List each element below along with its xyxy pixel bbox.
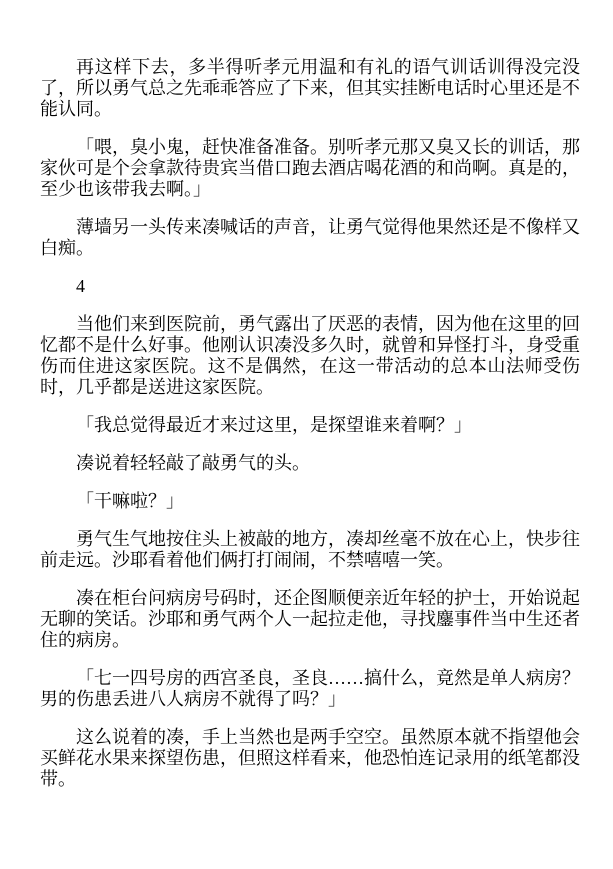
dialogue-paragraph: 「喂，臭小鬼，赶快准备准备。别听孝元那又臭又长的训话，那家伙可是个会拿款待贵宾当…: [40, 137, 580, 200]
paragraph: 当他们来到医院前，勇气露出了厌恶的表情，因为他在这里的回忆都不是什么好事。他刚认…: [40, 314, 580, 398]
paragraph: 再这样下去，多半得听孝元用温和有礼的语气训话训得没完没了，所以勇气总之先乖乖答应…: [40, 57, 580, 120]
dialogue-paragraph: 「我总觉得最近才来过这里，是探望谁来着啊？」: [40, 415, 580, 436]
dialogue-paragraph: 「干嘛啦？」: [40, 491, 580, 512]
paragraph: 薄墙另一头传来凑喊话的声音，让勇气觉得他果然还是不像样又白痴。: [40, 217, 580, 259]
novel-text-block: 再这样下去，多半得听孝元用温和有礼的语气训话训得没完没了，所以勇气总之先乖乖答应…: [40, 57, 580, 790]
section-number: 4: [40, 276, 580, 297]
paragraph: 凑在柜台问病房号码时，还企图顺便亲近年轻的护士，开始说起无聊的笑话。沙耶和勇气两…: [40, 588, 580, 651]
book-page: 再这样下去，多半得听孝元用温和有礼的语气训话训得没完没了，所以勇气总之先乖乖答应…: [0, 0, 613, 869]
paragraph: 勇气生气地按住头上被敲的地方，凑却丝毫不放在心上，快步往前走远。沙耶看着他们俩打…: [40, 529, 580, 571]
paragraph: 凑说着轻轻敲了敲勇气的头。: [40, 453, 580, 474]
paragraph: 这么说着的凑，手上当然也是两手空空。虽然原本就不指望他会买鲜花水果来探望伤患，但…: [40, 727, 580, 790]
dialogue-paragraph: 「七一四号房的西宫圣良，圣良……搞什么，竟然是单人病房？男的伤患丢进八人病房不就…: [40, 668, 580, 710]
